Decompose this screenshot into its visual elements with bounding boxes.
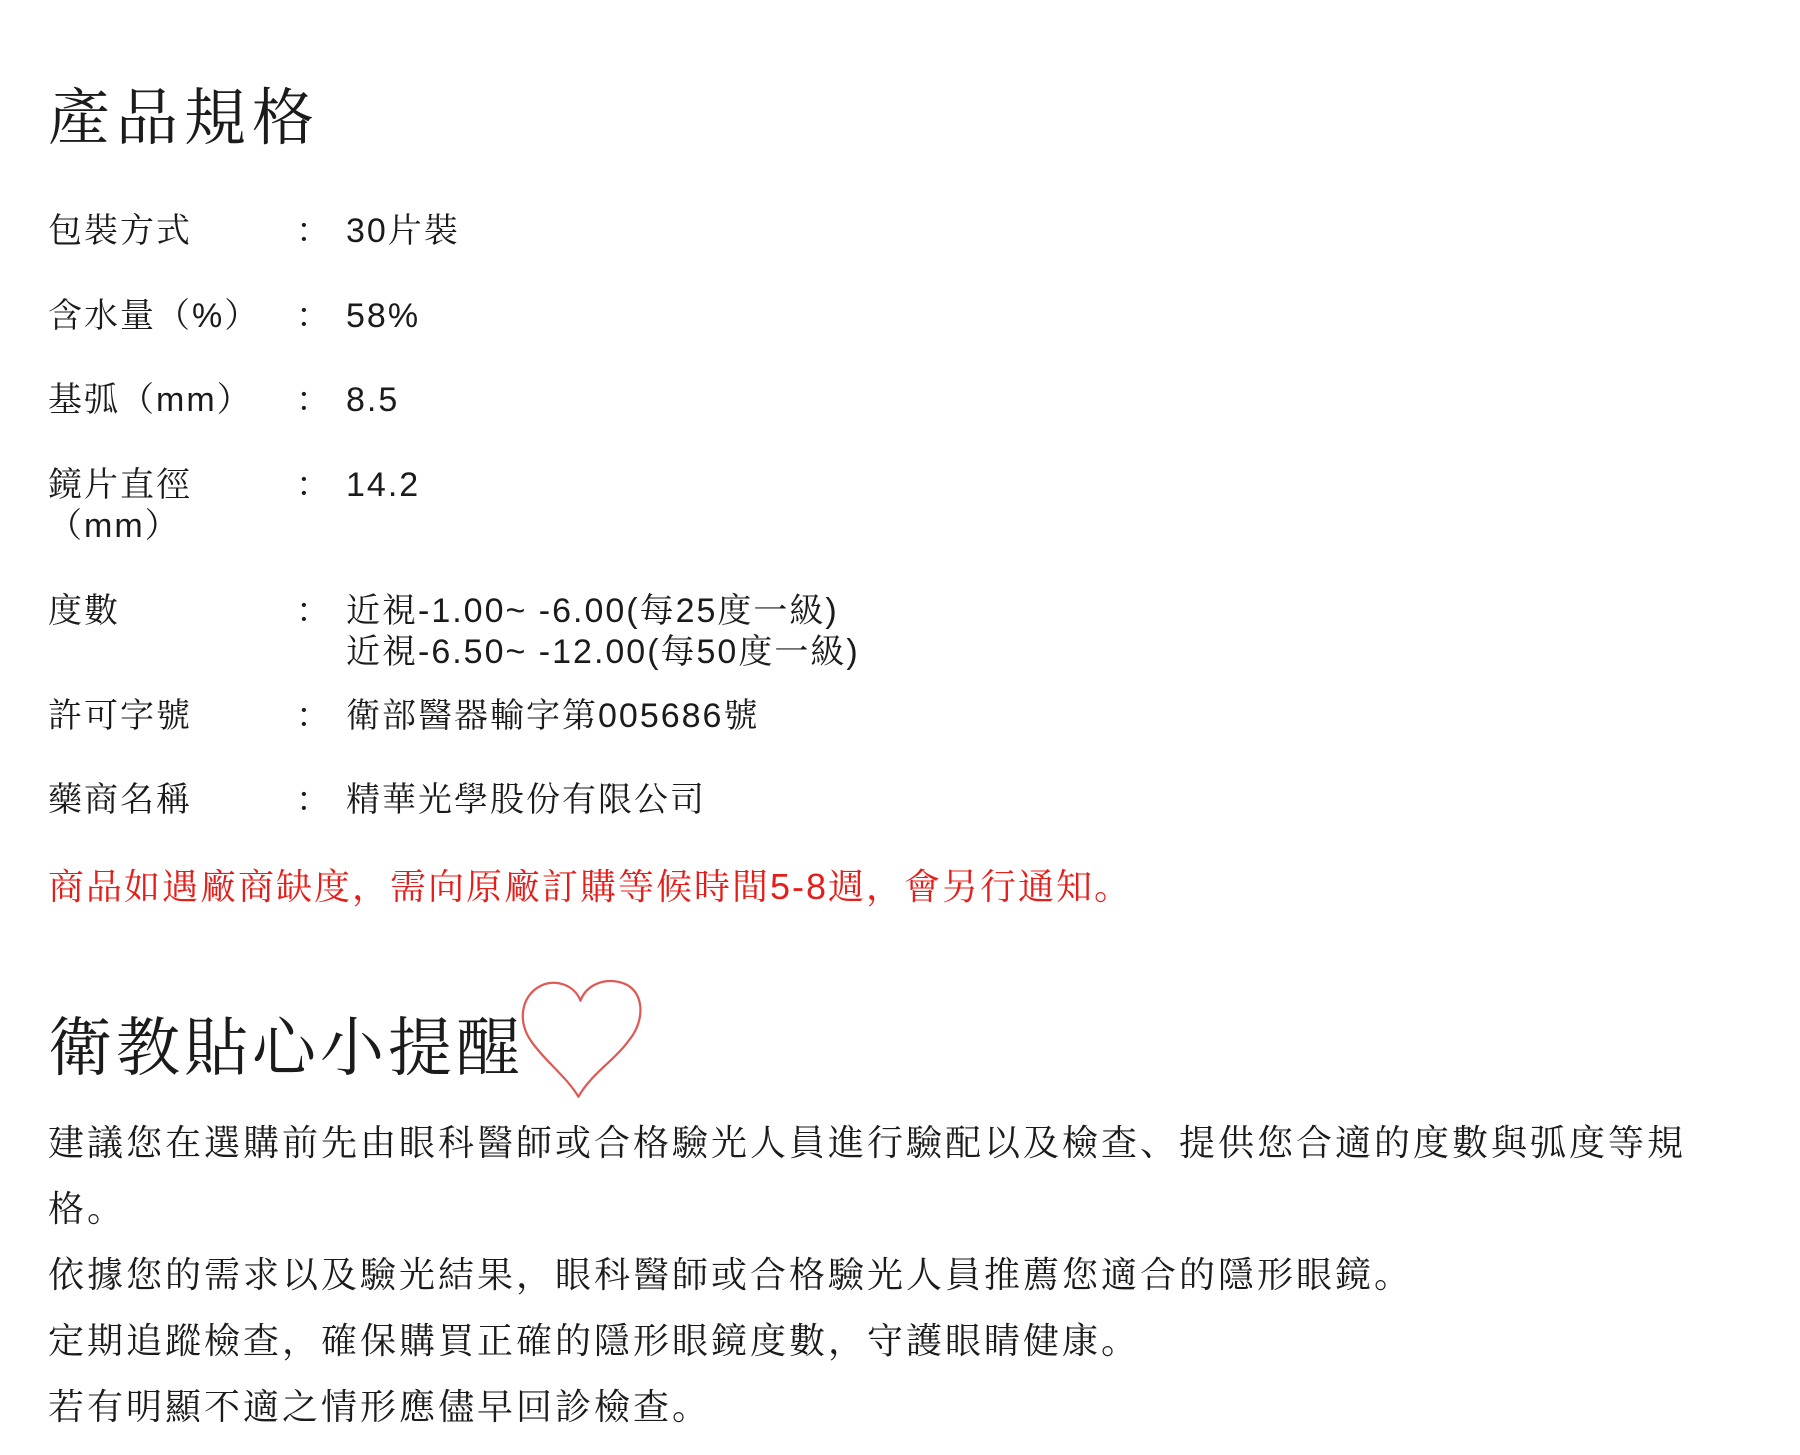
spec-value-line1: 近視-1.00~ -6.00(每25度一級) <box>346 591 1760 632</box>
product-spec-list: 包裝方式 ： 30片裝 含水量（%） ： 58% 基弧（mm） ： 8.5 鏡片… <box>48 211 1760 821</box>
spec-value: 衛部醫器輸字第005686號 <box>346 696 1760 737</box>
spec-row-power: 度數 ： 近視-1.00~ -6.00(每25度一級) 近視-6.50~ -12… <box>48 591 1760 674</box>
spec-value: 近視-1.00~ -6.00(每25度一級) 近視-6.50~ -12.00(每… <box>346 591 1760 674</box>
product-detail-page: 產品規格 包裝方式 ： 30片裝 含水量（%） ： 58% 基弧（mm） ： 8… <box>0 0 1800 1440</box>
spec-value: 58% <box>346 296 1760 337</box>
health-tips-title: 衛教貼心小提醒 <box>48 1008 1760 1088</box>
spec-row-diameter: 鏡片直徑（mm） ： 14.2 <box>48 465 1760 548</box>
spec-row-water-content: 含水量（%） ： 58% <box>48 296 1760 337</box>
health-tip-line: 建議您在選購前先由眼科醫師或合格驗光人員進行驗配以及檢查、提供您合適的度數與弧度… <box>48 1110 1760 1242</box>
spec-value: 8.5 <box>346 380 1760 421</box>
spec-colon: ： <box>296 696 346 737</box>
spec-colon: ： <box>296 591 346 632</box>
spec-value: 精華光學股份有限公司 <box>346 780 1760 821</box>
spec-colon: ： <box>296 465 346 506</box>
health-tips-header: 衛教貼心小提醒 <box>48 1008 1760 1088</box>
spec-label: 度數 <box>48 591 296 632</box>
spec-label: 藥商名稱 <box>48 780 296 821</box>
health-tip-line: 依據您的需求以及驗光結果，眼科醫師或合格驗光人員推薦您適合的隱形眼鏡。 <box>48 1242 1760 1308</box>
spec-colon: ： <box>296 211 346 252</box>
spec-value: 14.2 <box>346 465 1760 506</box>
spec-colon: ： <box>296 296 346 337</box>
spec-row-base-curve: 基弧（mm） ： 8.5 <box>48 380 1760 421</box>
spec-value: 30片裝 <box>346 211 1760 252</box>
health-tip-line: 定期追蹤檢查，確保購買正確的隱形眼鏡度數，守護眼睛健康。 <box>48 1308 1760 1374</box>
spec-label: 基弧（mm） <box>48 380 296 421</box>
spec-label: 包裝方式 <box>48 211 296 252</box>
out-of-stock-notice: 商品如遇廠商缺度，需向原廠訂購等候時間5-8週，會另行通知。 <box>48 865 1760 908</box>
spec-colon: ： <box>296 780 346 821</box>
spec-row-license-number: 許可字號 ： 衛部醫器輸字第005686號 <box>48 696 1760 737</box>
spec-label: 含水量（%） <box>48 296 296 337</box>
spec-label: 鏡片直徑（mm） <box>48 465 296 548</box>
spec-value-line2: 近視-6.50~ -12.00(每50度一級) <box>346 632 1760 673</box>
spec-row-packaging: 包裝方式 ： 30片裝 <box>48 211 1760 252</box>
product-specs-title: 產品規格 <box>48 0 1760 153</box>
health-tips-body: 建議您在選購前先由眼科醫師或合格驗光人員進行驗配以及檢查、提供您合適的度數與弧度… <box>48 1110 1760 1440</box>
spec-colon: ： <box>296 380 346 421</box>
spec-label: 許可字號 <box>48 696 296 737</box>
health-tip-line: 若有明顯不適之情形應儘早回診檢查。 <box>48 1374 1760 1440</box>
spec-row-vendor-name: 藥商名稱 ： 精華光學股份有限公司 <box>48 780 1760 821</box>
